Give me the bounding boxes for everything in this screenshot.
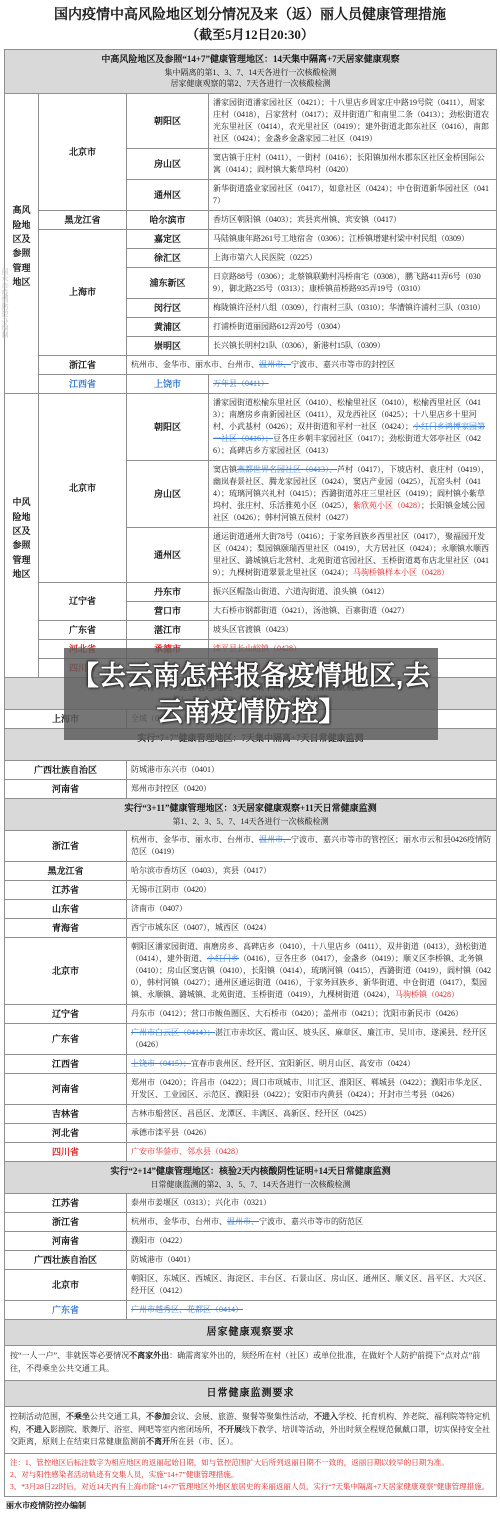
area-details-cell: 濮阳市（0422） [127,1232,497,1251]
area-details-cell: 哈尔滨市香坊区（0403），宾县（0417） [127,862,497,881]
text-segment: 不开展 [218,1425,242,1434]
text-segment: 丹东市（0412）；营口市鲅鱼圈区、大石桥市（0420）；盖州市（0421）；沈… [131,1009,463,1018]
table-row: 江西省上饶市万年县（0411） [5,374,497,393]
table-row: 黑龙江省哈尔滨市香坊区（0403），宾县（0417） [5,862,497,881]
section-header: 居家健康观察要求 [5,1320,497,1346]
table-row: 浙江省杭州市、金华市、丽水市、台州市、温州市、宁波市、嘉兴市等市的封控区 [5,355,497,374]
text-segment: 广州市白云区（0414）； [131,1028,215,1037]
city-district-cell: 哈尔滨市 [127,210,209,229]
city-district-cell: 嘉定区 [127,229,209,248]
text-segment: 打浦桥街道丽园路612弄20号（0304） [213,322,345,331]
text-segment: 上海市第六人民医院（0225） [213,253,317,262]
table-row: 辽宁省丹东市（0412）；营口市鲅鱼圈区、大石桥市（0420）；盖州市（0421… [5,1005,497,1024]
area-details-cell: 郑州市封控区（0420） [127,780,497,799]
city-district-cell: 营口市 [127,601,209,620]
area-details-cell: 日京路88号（0306）；北蔡镇联勤村冯桥南宅（0308），鹏飞路411弄6号（… [209,267,497,298]
area-details-cell: 防城港市东兴市（0401） [127,761,497,780]
area-details-cell: 大石桥市钢都街道（0421），汤池镇、百寨街道（0427） [209,601,497,620]
risk-area-table-body: 中高风险地区及参照“14+7”健康管理地区：14天集中隔离+7天居家健康观察集中… [5,50,497,1497]
table-row: 江西省上饶市（0415）；宜春市袁州区、经开区、宜阳新区、明月山区、高安市（04… [5,1055,497,1074]
area-details-cell: 无锡市江阴市（0420） [127,881,497,900]
text-segment: 温州市、 [259,360,291,369]
article-watermark-overlay: 【去云南怎样报备疫情地区,去云南疫情防控】 [64,648,438,740]
risk-category-cell: 中风险地区及参照管理地区 [5,393,39,677]
section-title: 实行“2+14”健康管理地区：核验2天内核酸阴性证明+14天日常健康监测 [9,1165,492,1179]
table-row: 江苏省无锡市江阴市（0420） [5,881,497,900]
province-cell: 吉林省 [5,1105,127,1124]
page-title-line2: （截至5月12日20:30） [10,26,490,45]
area-details-cell: 杭州市、金华市、丽水市、台州市、温州市、宁波市、嘉兴市等市的管控区；丽水市云和县… [127,831,497,862]
province-cell: 广东省 [5,1024,127,1055]
section-header: 日常健康监测要求 [5,1380,497,1406]
table-row: 河北省承德市滦平县（0426） [5,1124,497,1143]
table-row: 河南省濮阳市（0422） [5,1232,497,1251]
city-district-cell: 崇明区 [127,336,209,355]
risk-category-cell: 高风险地区及参照管理地区 [5,93,39,393]
section-header: 实行“3+11”健康管理地区：3天居家健康观察+11天日常健康监测第1、2、3、… [5,799,497,831]
text-segment: 广安市华蓥市、邻水县（0428） [131,1147,243,1156]
city-district-cell: 浦东新区 [127,267,209,298]
province-cell: 河南省 [5,1232,127,1251]
area-details-cell: 长兴镇长明村21队（0306），新港村15队（0309） [209,336,497,355]
section-title: 实行“3+11”健康管理地区：3天居家健康观察+11天日常健康监测 [9,802,492,816]
text-segment: 香坊区朝阳镇（0403）；宾县宾州镇、宾安镇（0417） [213,215,401,224]
province-cell: 广东省 [39,620,127,639]
text-segment: 小红门乡 [207,954,239,963]
text-segment: 哈尔滨市香坊区（0403），宾县（0417） [131,866,271,875]
text-segment: 新华街道盛业家园社区（0417），如意社区（0424）；中仓街道新华园社区（04… [213,184,489,205]
table-row: 山东省济南市（0407） [5,900,497,919]
area-details-cell: 西宁市城东区（0407），城西区（0424） [127,919,497,938]
city-district-cell: 徐汇区 [127,248,209,267]
section-subtitle: 集中隔离的第1、3、7、14天各进行一次核酸检测 [9,67,492,79]
area-details-cell: 泰州市姜堰区（0313）；兴化市（0321） [127,1194,497,1213]
province-cell: 浙江省 [5,1213,127,1232]
city-district-cell: 丹东市 [127,582,209,601]
area-details-cell: 济南市（0407） [127,900,497,919]
table-row: 黑龙江省哈尔滨市香坊区朝阳镇（0403）；宾县宾州镇、宾安镇（0417） [5,210,497,229]
province-cell: 河南省 [5,1074,127,1105]
table-row: 吉林省吉林市船营区、昌邑区、龙潭区、丰满区、高新区、经开区（0425） [5,1105,497,1124]
province-cell: 山东省 [5,900,127,919]
text-segment: 不离家外出 [129,1351,169,1360]
table-row: 四川省广安市华蓥市、邻水县（0428） [5,1143,497,1162]
area-details-cell: 广州市越秀区、花都区（0414） [127,1301,497,1320]
text-segment: 郑州市封控区（0420） [131,784,211,793]
table-row: 高风险地区及参照管理地区北京市朝阳区潘家园街道潘家园社区（0421）；十八里店乡… [5,93,497,148]
text-segment: 无锡市江阴市（0420） [131,885,211,894]
city-district-cell: 通州区 [127,527,209,582]
city-district-cell: 房山区 [127,460,209,527]
text-segment: 防城港市东兴市（0401） [131,765,219,774]
footnotes: 注：1、管控地区后标注数字为相应地区的返丽起始日期，如与管控范围扩大后所列返丽日… [5,1454,497,1497]
table-row: 上海市嘉定区马陆镇康年路261号工地宿舍（0306）；江桥镇增建村梁中村民组（0… [5,229,497,248]
province-cell: 黑龙江省 [5,862,127,881]
area-details-cell: 郑州市（0420）；许昌市（0422）；周口市项城市、川汇区、淮阳区、郸城县（0… [127,1074,497,1105]
province-cell: 浙江省 [39,355,127,374]
compiler-credit: 丽水市疫情防控办编制 [6,1500,494,1511]
province-cell: 北京市 [39,393,127,582]
section-title: 中高风险地区及参照“14+7”健康管理地区：14天集中隔离+7天居家健康观察 [9,53,492,67]
footnote-line: 2、对与阳性感染者活动轨迹有交集人员，实施“14+7”健康管理措施。 [10,1469,491,1481]
text-segment: 影剧院、歌舞厅、浴室、网吧等室内密闭场所， [50,1425,218,1434]
area-details-cell: 丹东市（0412）；营口市鲅鱼圈区、大石桥市（0420）；盖州市（0421）；沈… [127,1005,497,1024]
city-district-cell: 朝阳区 [127,93,209,148]
table-row: 河南省郑州市封控区（0420） [5,780,497,799]
area-details-cell: 打浦桥街道丽园路612弄20号（0304） [209,317,497,336]
area-details-cell: 广州市白云区（0414）；湛江市赤坎区、霞山区、坡头区、麻章区、廉江市、吴川市、… [127,1024,497,1055]
area-details-cell: 窦店镇燕都世界名园社区（0413）、芦村（0417），下坡店村、袁庄村（0419… [209,460,497,527]
province-cell: 上海市 [39,229,127,355]
area-details-cell: 广安市华蓥市、邻水县（0428） [127,1143,497,1162]
section-header: 中高风险地区及参照“14+7”健康管理地区：14天集中隔离+7天居家健康观察集中… [5,50,497,94]
area-details-cell: 杭州市、金华市、丽水市、台州市、温州市、宁波市、嘉兴市等市的封控区 [127,355,497,374]
province-cell: 北京市 [5,1270,127,1301]
city-district-cell: 房山区 [127,148,209,179]
text-segment: 濮阳市（0422） [131,1236,187,1245]
city-district-cell: 黄浦区 [127,317,209,336]
table-row: 广东省广州市越秀区、花都区（0414） [5,1301,497,1320]
text-segment: 马陆镇康年路261号工地宿舍（0306）；江桥镇增建村梁中村民组（0309） [213,234,469,243]
text-segment: 郑州市（0420）；许昌市（0422）；周口市项城市、川汇区、淮阳区、郸城县（0… [131,1078,487,1099]
text-segment: 会议、会展、旅游、聚餐等聚集性活动， [170,1412,314,1421]
text-segment: 朝阳区、东城区、西城区、海淀区、丰台区、石景山区、房山区、通州区、顺义区、昌平区… [131,1274,491,1295]
area-details-cell: 万年县（0411） [209,374,497,393]
text-segment: 不离开 [146,1437,170,1446]
province-cell: 江西省 [39,374,127,393]
text-segment: 所在县（市、区）。 [170,1437,238,1446]
text-segment: 温州市、 [227,1217,259,1226]
text-segment: 窦店镇 [213,465,237,474]
text-segment: 承德市滦平县（0426） [131,1128,211,1137]
text-segment: 燕都世界名园社区（0413）、 [237,465,337,474]
section-subtitle: 日常健康监测的第2、3、5、7、14天各进行一次核酸检测 [9,1179,492,1191]
text-segment: 防城港市（0401） [131,1255,195,1264]
area-details-cell: 朝阳区、东城区、西城区、海淀区、丰台区、石景山区、房山区、通州区、顺义区、昌平区… [127,1270,497,1301]
text-segment: 济南市（0407） [131,904,187,913]
text-segment: 日京路88号（0306）；北蔡镇联勤村冯桥南宅（0308），鹏飞路411弄6号（… [213,272,481,293]
section-subtitle: 第1、2、3、5、7、14天各进行一次核酸检测 [9,816,492,828]
text-segment: 马驹桥镇（0428） [395,990,459,999]
area-details-cell: 窦店镇于庄村（0411），一街村（0416）；长阳镇加州水郡东区社区金桥国际公寓… [209,148,497,179]
text-segment: 不进入 [26,1425,50,1434]
province-cell: 河北省 [5,1124,127,1143]
text-segment: 上饶市（0415）； [131,1059,191,1068]
province-cell: 辽宁省 [5,1005,127,1024]
table-row: 广西壮族自治区防城港市东兴市（0401） [5,761,497,780]
table-row: 广东省广州市白云区（0414）；湛江市赤坎区、霞山区、坡头区、麻章区、廉江市、吴… [5,1024,497,1055]
section-subtitle: 居家健康观察的第2、7天各进行一次核酸检测 [9,78,492,90]
text-segment: 长兴镇长明村21队（0306），新港村15队（0309） [213,341,385,350]
side-watermark: 丽水市疫情防控办编制 [0,268,10,338]
requirement-body: 控制活动范围，不乘坐公共交通工具，不参加会议、会展、旅游、聚餐等聚集性活动，不进… [5,1406,497,1453]
section-header: 实行“2+14”健康管理地区：核验2天内核酸阴性证明+14天日常健康监测日常健康… [5,1162,497,1194]
text-segment: 公共交通工具， [90,1412,146,1421]
province-cell: 江苏省 [5,881,127,900]
text-segment: 按“一人一户”、非就医等必要情况 [10,1351,129,1360]
city-district-cell: 通州区 [127,179,209,210]
text-segment: 广州市越秀区、花都区（0414） [131,1305,243,1314]
province-cell: 北京市 [39,93,127,210]
area-details-cell: 潘家园街道松榆东里社区（0410）、松榆里社区（0410），松榆西里社区（041… [209,393,497,460]
text-segment: 不乘坐 [66,1412,90,1421]
province-cell: 广西壮族自治区 [5,1251,127,1270]
province-cell: 浙江省 [5,831,127,862]
footnote-line: 3、*3月28日22时后，对近14天内有上海市除“14+7”管理地区外地区旅居史… [10,1481,491,1493]
page-title: 国内疫情中高风险地区划分情况及来（返）丽人员健康管理措施 （截至5月12日20:… [0,0,500,49]
text-segment: 紫欣苑小区（0428） [353,501,421,510]
area-details-cell: 承德市滦平县（0426） [127,1124,497,1143]
table-row: 北京市朝阳区潘家园街道、南磨房乡、高碑店乡（0410），十八里店乡（0411），… [5,938,497,1005]
text-segment: 吉林市船营区、昌邑区、龙潭区、丰满区、高新区、经开区（0425） [131,1109,371,1118]
text-segment: 窦店镇于庄村（0411），一街村（0416）；长阳镇加州水郡东区社区金桥国际公寓… [213,153,485,174]
text-segment: 振兴区帽盔山街道、六道沟街道、浪头镇（0412） [213,587,389,596]
text-segment: 杭州市、金华市、台州市、 [131,1217,227,1226]
section-title: 居家健康观察要求 [9,1323,492,1342]
area-details-cell: 上海市第六人民医院（0225） [209,248,497,267]
area-details-cell: 新华街道盛业家园社区（0417），如意社区（0424）；中仓街道新华园社区（04… [209,179,497,210]
table-row: 中风险地区及参照管理地区北京市朝阳区潘家园街道松榆东里社区（0410）、松榆里社… [5,393,497,460]
table-row: 广东省湛江市坡头区官渡镇（0423） [5,620,497,639]
text-segment: 不进入 [314,1412,338,1421]
table-row: 辽宁省丹东市振兴区帽盔山街道、六道沟街道、浪头镇（0412） [5,582,497,601]
province-cell: 江苏省 [5,1194,127,1213]
text-segment: 潘家园街道潘家园社区（0421）；十八里店乡周家庄中路19号院（0411），周家… [213,98,489,143]
province-cell: 广东省 [5,1301,127,1320]
area-details-cell: 上饶市（0415）；宜春市袁州区、经开区、宜阳新区、明月山区、高安市（0424） [127,1055,497,1074]
province-cell: 黑龙江省 [39,210,127,229]
section-subtitle [9,745,492,757]
text-segment: 梅陇镇许泾村八组（0309），行南村三队（0310）；华漕镇许浦村三队（0310… [213,303,485,312]
area-details-cell: 梅陇镇许泾村八组（0309），行南村三队（0310）；华漕镇许浦村三队（0310… [209,298,497,317]
province-cell: 辽宁省 [39,582,127,620]
text-segment: 马驹桥镇样本小区（0428） [353,568,449,577]
city-district-cell: 闵行区 [127,298,209,317]
table-row: 北京市朝阳区、东城区、西城区、海淀区、丰台区、石景山区、房山区、通州区、顺义区、… [5,1270,497,1301]
text-segment: 西宁市城东区（0407），城西区（0424） [131,923,271,932]
footnote-line: 注：1、管控地区后标注数字为相应地区的返丽起始日期，如与管控范围扩大后所列返丽日… [10,1457,491,1469]
text-segment: 温州市、 [259,835,291,844]
area-details-cell: 坡头区官渡镇（0423） [209,620,497,639]
text-segment: 杭州市、金华市、丽水市、台州市、 [131,360,259,369]
area-details-cell: 吉林市船营区、昌邑区、龙潭区、丰满区、高新区、经开区（0425） [127,1105,497,1124]
province-cell: 青海省 [5,919,127,938]
area-details-cell: 振兴区帽盔山街道、六道沟街道、浪头镇（0412） [209,582,497,601]
table-row: 浙江省杭州市、金华市、台州市、温州市、宁波市、嘉兴市等市的防范区 [5,1213,497,1232]
text-segment: 宁波市、嘉兴市等市的封控区 [291,360,395,369]
province-cell: 北京市 [5,938,127,1005]
table-row: 浙江省杭州市、金华市、丽水市、台州市、温州市、宁波市、嘉兴市等市的管控区；丽水市… [5,831,497,862]
text-segment: 杭州市、金华市、丽水市、台州市、 [131,835,259,844]
area-details-cell: 香坊区朝阳镇（0403）；宾县宾州镇、宾安镇（0417） [209,210,497,229]
table-row: 河南省郑州市（0420）；许昌市（0422）；周口市项城市、川汇区、淮阳区、郸城… [5,1074,497,1105]
city-district-cell: 湛江市 [127,620,209,639]
city-district-cell: 上饶市 [127,374,209,393]
area-details-cell: 朝阳区潘家园街道、南磨房乡、高碑店乡（0410），十八里店乡（0411），双井街… [127,938,497,1005]
text-segment: 万年县（0411） [213,379,269,388]
area-details-cell: 防城港市（0401） [127,1251,497,1270]
requirement-body: 按“一人一户”、非就医等必要情况不离家外出：确需离家外出的，须经所在村（社区）或… [5,1346,497,1381]
province-cell: 江西省 [5,1055,127,1074]
table-row: 青海省西宁市城东区（0407），城西区（0424） [5,919,497,938]
text-segment: 大石桥市钢都街道（0421），汤池镇、百寨街道（0427） [213,606,409,615]
table-row: 江苏省泰州市姜堰区（0313）；兴化市（0321） [5,1194,497,1213]
city-district-cell: 朝阳区 [127,393,209,460]
page-title-line1: 国内疫情中高风险地区划分情况及来（返）丽人员健康管理措施 [10,6,490,26]
province-cell: 广西壮族自治区 [5,761,127,780]
area-details-cell: 通运街道通州大街78号（0416）；于家务回族乡西里社区（0417），聚福园开发… [209,527,497,582]
area-details-cell: 杭州市、金华市、台州市、温州市、宁波市、嘉兴市等市的防范区 [127,1213,497,1232]
text-segment: 宁波市、嘉兴市等市的防范区 [259,1217,363,1226]
text-segment: 泰州市姜堰区（0313）；兴化市（0321） [131,1198,271,1207]
table-row: 广西壮族自治区防城港市（0401） [5,1251,497,1270]
area-details-cell: 潘家园街道潘家园社区（0421）；十八里店乡周家庄中路19号院（0411），周家… [209,93,497,148]
risk-area-table: 中高风险地区及参照“14+7”健康管理地区：14天集中隔离+7天居家健康观察集中… [4,49,497,1497]
text-segment: 坡头区官渡镇（0423） [213,625,293,634]
province-cell: 四川省 [5,1143,127,1162]
province-cell: 河南省 [5,780,127,799]
text-segment: 宜春市袁州区、经开区、宜阳新区、明月山区、高安市（0424） [191,1059,415,1068]
text-segment: 不参加 [146,1412,170,1421]
section-title: 日常健康监测要求 [9,1384,492,1403]
area-details-cell: 马陆镇康年路261号工地宿舍（0306）；江桥镇增建村梁中村民组（0309） [209,229,497,248]
text-segment: 控制活动范围， [10,1412,66,1421]
